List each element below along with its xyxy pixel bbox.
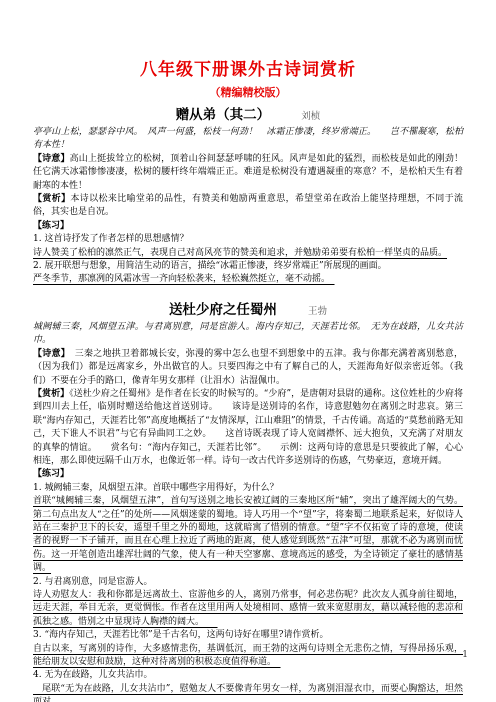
poem2-shangxi-paragraph: 【赏析】《送杜少府之任蜀州》是作者在长安的时候写的。“少府”，是唐朝对县尉的通称… <box>33 388 463 468</box>
page-number: 1 <box>462 650 468 660</box>
poem2-question-4: 4. 无为在歧路，儿女共沾巾。 <box>33 669 463 682</box>
poem2-lianxi-heading: 【练习】 <box>33 468 463 481</box>
poem2-answer-3: 自古以来，写离别的诗作，大多感情悲伤，基调低沉，而王勃的这两句诗则全无悲伤之情，… <box>33 643 463 670</box>
poem2-question-1: 1. 城阙辅三秦，风烟望五津。首联中哪些字用得好，为什么？ <box>33 482 463 495</box>
shangxi-label: 【赏析】 <box>33 389 69 399</box>
document-subtitle: （精编精校版） <box>33 86 463 99</box>
lianxi-label: 【练习】 <box>33 469 69 479</box>
poem2-text: 城阙辅三秦，风烟望五津。与君离别意，同是宦游人。海内存知己，天涯若比邻。 无为在… <box>33 321 463 348</box>
shiyi-label: 【诗意】 <box>33 154 70 164</box>
poem1-shiyi-text: 高山上挺拔耸立的松树，顶着山谷间瑟瑟呼啸的狂风。风声是如此的猛烈，而松枝是如此的… <box>33 154 463 191</box>
poem2-answer-1: 首联“城阙辅三秦，风烟望五津”，首句写送别之地长安被辽阔的三秦地区所“辅”，突出… <box>33 495 463 575</box>
poem2-shangxi-text: 《送杜少府之任蜀州》是作者在长安的时候写的。“少府”，是唐朝对县尉的通称。这位姓… <box>33 389 463 466</box>
poem2-question-3: 3. “海内存知己，天涯若比邻”是千古名句，这两句诗好在哪里?请作赏析。 <box>33 629 463 642</box>
poem1-question-1: 1. 这首诗抒发了作者怎样的思想感情？ <box>33 233 463 246</box>
poem1-text: 亭亭山上松，瑟瑟谷中风。 风声一何盛，松枝一何劲！ 冰霜正惨凄，终岁常端正。 岂… <box>33 126 463 153</box>
poem2-shiyi-paragraph: 【诗意】 三秦之地拱卫着都城长安，弥漫的雾中怎么也望不到想象中的五津。我与你都充… <box>33 348 463 388</box>
poem1-title: 赠从弟（其二） <box>176 107 271 123</box>
poem2-shiyi-text: 三秦之地拱卫着都城长安，弥漫的雾中怎么也望不到想象中的五津。我与你都充满着离别愁… <box>33 349 463 386</box>
poem2-title: 送杜少府之任蜀州 <box>169 302 277 318</box>
section-zeng-cong-di: 赠从弟（其二） 刘桢 亭亭山上松，瑟瑟谷中风。 风声一何盛，松枝一何劲！ 冰霜正… <box>33 104 463 287</box>
poem1-shiyi-paragraph: 【诗意】高山上挺拔耸立的松树，顶着山谷间瑟瑟呼啸的狂风。风声是如此的猛烈，而松枝… <box>33 153 463 193</box>
section-song-du-shao-fu: 送杜少府之任蜀州 王勃 城阙辅三秦，风烟望五津。与君离别意，同是宦游人。海内存知… <box>33 299 463 702</box>
poem1-shangxi-text: 本诗以松来比喻堂弟的品性，有赞美和勉励两重意思，希望堂弟在政治上能坚持理想，不同… <box>33 194 463 217</box>
document-page: 八年级下册课外古诗词赏析 （精编精校版） 赠从弟（其二） 刘桢 亭亭山上松，瑟瑟… <box>0 0 496 702</box>
poem1-answer-2: 严冬季节，那凛冽的风霜冰雪一齐向轻松袭来，轻松巍然挺立，毫不动摇。 <box>33 273 463 286</box>
poem2-answer-2: 诗人劝慰友人：我和你都是远离故土、宦游他乡的人，离别乃常事，何必悲伤呢？此次友人… <box>33 589 463 629</box>
poem1-question-2: 2. 展开联想与想象，用简洁生动的语言，描绘“冰霜正惨凄，终岁常端正”所展现的画… <box>33 260 463 273</box>
poem2-author: 王勃 <box>308 306 327 317</box>
document-title: 八年级下册课外古诗词赏析 <box>33 60 463 80</box>
poem2-question-2: 2. 与君离别意，同是宦游人。 <box>33 576 463 589</box>
poem1-shangxi-paragraph: 【赏析】本诗以松来比喻堂弟的品性，有赞美和勉励两重意思，希望堂弟在政治上能坚持理… <box>33 193 463 220</box>
poem1-author: 刘桢 <box>301 111 320 122</box>
shiyi-label: 【诗意】 <box>33 349 66 359</box>
poem1-answer-1: 诗人赞美了松柏的凛然正气，表现自己对高风亮节的赞美和追求，并勉励弟弟要有松柏一样… <box>33 247 463 260</box>
poem2-heading: 送杜少府之任蜀州 王勃 <box>33 299 463 318</box>
shangxi-label: 【赏析】 <box>33 194 70 204</box>
lianxi-label: 【练习】 <box>33 221 69 231</box>
poem1-lianxi-heading: 【练习】 <box>33 220 463 233</box>
poem2-answer-4: 尾联“无为在歧路，儿女共沾巾”，慰勉友人不要像青年男女一样，为离别泪湿衣巾，而要… <box>33 683 463 702</box>
poem1-heading: 赠从弟（其二） 刘桢 <box>33 104 463 123</box>
